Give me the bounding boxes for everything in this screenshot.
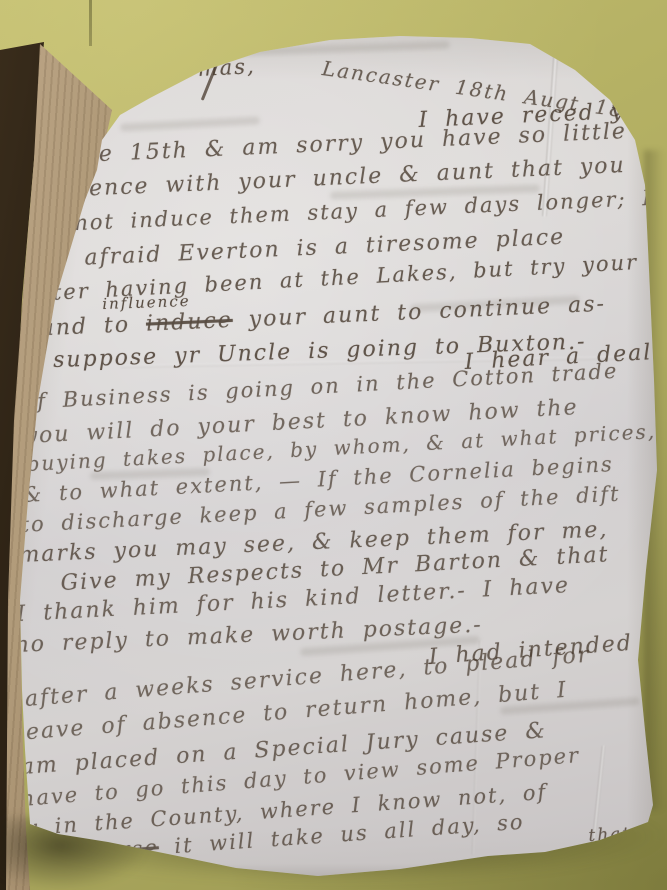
photo-of-handwritten-letter: Lancaster 18th Augt 1809My dear Thomas,I…	[0, 0, 667, 890]
line-segment: your aunt to continue as-	[232, 292, 606, 333]
struck-out-word: induce	[145, 308, 233, 337]
binding-thread	[89, 0, 92, 46]
